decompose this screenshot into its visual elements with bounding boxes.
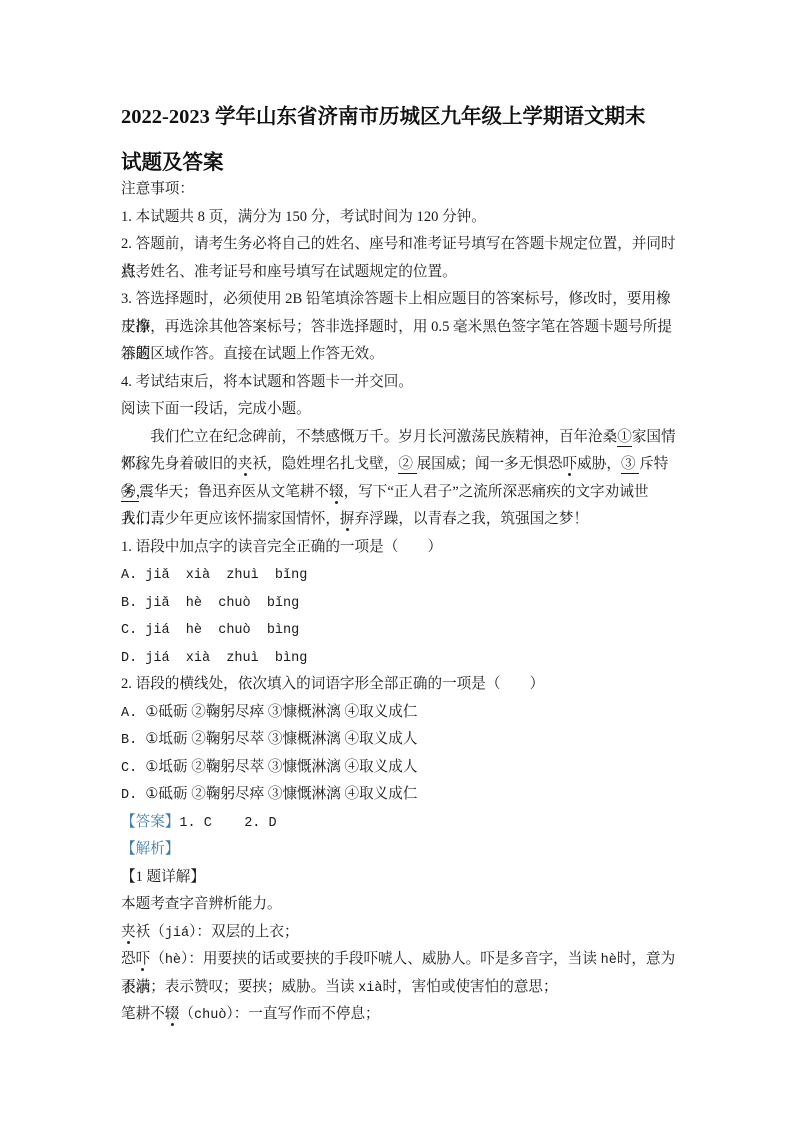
text-run: 威胁， — [577, 456, 621, 472]
question-1-option-b: B. jiǎ hè chuò bǐng — [121, 589, 681, 617]
latin-text: jiá — [165, 926, 189, 941]
text-run: 本题考查字音辨析能力。 — [121, 896, 282, 912]
text-run: 阅读下面一段话，完成小题。 — [121, 401, 311, 417]
latin-text: D. jiá xià zhuì bìng — [121, 651, 307, 666]
latin-text: A. jiǎ xià zhuì bǐng — [121, 568, 307, 583]
answer-line: 【答案】1. C 2. D — [121, 809, 681, 837]
text-run: 震华天；鲁迅弃医从文笔耕不 — [139, 484, 329, 500]
text-run: ①坻砺 ②鞠躬尽萃 ③慷概淋漓 ④取义成人 — [145, 731, 417, 747]
passage-line-1: 我们伫立在纪念碑前，不禁感慨万千。岁月长河激荡民族精神，百年沧桑①家国情怀。 — [121, 424, 681, 452]
answer-values: 1. C 2. D — [179, 816, 276, 831]
title-line-1: 2022-2023 学年山东省济南市历城区九年级上学期语文期末 — [121, 94, 721, 140]
notice-3-line-1: 3. 答选择题时，必须使用 2B 铅笔填涂答题卡上相应题目的答案标号，修改时，要… — [121, 286, 681, 314]
text-run: 时，害怕或使害怕的意思； — [382, 979, 557, 995]
question-1-option-a: A. jiǎ xià zhuì bǐng — [121, 561, 681, 589]
blank-1: ① — [617, 429, 632, 447]
document-body: 注意事项：1. 本试题共 8 页，满分为 150 分，考试时间为 120 分钟。… — [121, 176, 681, 1029]
notice-4: 4. 考试结束后，将本试题和答题卡一并交回。 — [121, 369, 681, 397]
text-run: 点、姓名、准考证号和座号填写在试题规定的位置。 — [121, 264, 457, 280]
notice-1: 1. 本试题共 8 页，满分为 150 分，考试时间为 120 分钟。 — [121, 204, 681, 232]
notice-2-line-2: 点、姓名、准考证号和座号填写在试题规定的位置。 — [121, 259, 681, 287]
q1-explanation-jia: 夹袄（jiá）：双层的上衣； — [121, 919, 681, 947]
text-run: 袄（ — [136, 924, 165, 940]
notice-heading: 注意事项： — [121, 176, 681, 204]
page-title: 2022-2023 学年山东省济南市历城区九年级上学期语文期末 试题及答案 — [121, 94, 721, 186]
blank-2: ② — [398, 456, 416, 474]
text-run: 笔耕不 — [121, 1006, 165, 1022]
question-1: 1. 语段中加点字的读音完全正确的一项是（ ） — [121, 534, 681, 562]
analysis-line: 【解析】 — [121, 836, 681, 864]
latin-text: B. — [121, 733, 145, 748]
q1-explanation-intro: 本题考查字音辨析能力。 — [121, 891, 681, 919]
notice-3-line-3: 答题区域作答。直接在试题上作答无效。 — [121, 341, 681, 369]
text-run: ①坻砺 ②鞠躬尽萃 ③慷慨淋漓 ④取义成人 — [145, 759, 417, 775]
text-run: 4. 考试结束后，将本试题和答题卡一并交回。 — [121, 374, 413, 390]
exam-document-page: 2022-2023 学年山东省济南市历城区九年级上学期语文期末 试题及答案 注意… — [0, 0, 793, 1122]
passage-line-4: 我们青少年更应该怀揣家国情怀，摒弃浮躁，以青春之我，筑强国之梦！ — [121, 506, 681, 534]
text-run: 不满；表示赞叹；要挟；威胁。当读 — [121, 979, 358, 995]
notice-3-line-2: 干净，再选涂其他答案标号；答非选择题时，用 0.5 毫米黑色签字笔在答题卡题号所… — [121, 314, 681, 342]
latin-text: xià — [358, 981, 382, 996]
latin-text: hè — [165, 953, 181, 968]
passage-line-2: 邓稼先身着破旧的夹袄，隐姓埋名扎戈壁，② 展国威；闻一多无惧恐吓威胁，③ 斥特务… — [121, 451, 681, 479]
text-run: 弃浮躁，以青春之我，筑强国之梦！ — [355, 511, 589, 527]
text-run: 恐 — [121, 951, 136, 967]
text-run: ）：一直写作而不停息； — [226, 1006, 379, 1022]
passage-line-3: ④ 震华天；鲁迅弃医从文笔耕不辍，写下“正人君子”之流所深恶痛疾的文字劝诫世人…… — [121, 479, 681, 507]
text-run: （ — [150, 951, 165, 967]
analysis-label: 【解析】 — [121, 841, 179, 857]
notice-2-line-1: 2. 答题前，请考生务必将自己的姓名、座号和准考证号填写在答题卡规定位置，并同时… — [121, 231, 681, 259]
text-run: 邓稼先身着破旧的 — [121, 456, 238, 472]
question-2-option-c: C. ①坻砺 ②鞠躬尽萃 ③慷慨淋漓 ④取义成人 — [121, 754, 681, 782]
q1-explanation-heading: 【1 题详解】 — [121, 864, 681, 892]
question-2: 2. 语段的横线处，依次填入的词语字形全部正确的一项是（ ） — [121, 671, 681, 699]
text-run: 答题区域作答。直接在试题上作答无效。 — [121, 346, 384, 362]
emphasis-dot-char: 辍 — [165, 1006, 180, 1022]
text-run: 袄，隐姓埋名扎戈壁， — [252, 456, 398, 472]
text-run: 注意事项： — [121, 181, 194, 197]
text-run: ）：用要挟的话或要挟的手段吓唬人、威胁人。吓是多音字，当读 — [181, 951, 601, 967]
text-run: 展国威；闻一多无惧恐 — [417, 456, 563, 472]
text-run: 2. 语段的横线处，依次填入的词语字形全部正确的一项是（ ） — [121, 676, 544, 692]
emphasis-dot-char: 吓 — [136, 951, 151, 967]
latin-text: D. — [121, 788, 145, 803]
question-1-option-d: D. jiá xià zhuì bìng — [121, 644, 681, 672]
latin-text: C. jiá hè chuò bìng — [121, 623, 299, 638]
q1-explanation-chuo: 笔耕不辍（chuò）：一直写作而不停息； — [121, 1001, 681, 1029]
text-run: ①砥砺 ②鞠躬尽瘁 ③慷慨淋漓 ④取义成仁 — [145, 786, 417, 802]
answer-label: 【答案】 — [121, 814, 179, 830]
emphasis-dot-char: 吓 — [563, 456, 578, 472]
question-1-option-c: C. jiá hè chuò bìng — [121, 616, 681, 644]
emphasis-dot-char: 夹 — [121, 924, 136, 940]
emphasis-dot-char: 夹 — [238, 456, 253, 472]
reading-instruction: 阅读下面一段话，完成小题。 — [121, 396, 681, 424]
latin-text: chuò — [194, 1008, 226, 1023]
text-run: 我们伫立在纪念碑前，不禁感慨万千。岁月长河激荡民族精神，百年沧桑 — [121, 429, 617, 445]
text-run: 我们青少年更应该怀揣家国情怀， — [121, 511, 340, 527]
emphasis-dot-char: 摒 — [340, 511, 355, 527]
text-run: ①砥砺 ②鞠躬尽瘁 ③慷概淋漓 ④取义成仁 — [145, 704, 417, 720]
question-2-option-b: B. ①坻砺 ②鞠躬尽萃 ③慷概淋漓 ④取义成人 — [121, 726, 681, 754]
latin-text: hè — [601, 953, 617, 968]
blank-3: ③ — [621, 456, 639, 474]
text-run: 【1 题详解】 — [121, 869, 205, 885]
latin-text: A. — [121, 706, 145, 721]
q1-explanation-he-line-1: 恐吓（hè）：用要挟的话或要挟的手段吓唬人、威胁人。吓是多音字，当读 hè时，意… — [121, 946, 681, 974]
text-run: 1. 语段中加点字的读音完全正确的一项是（ ） — [121, 539, 442, 555]
q1-explanation-he-line-2: 不满；表示赞叹；要挟；威胁。当读 xià时，害怕或使害怕的意思； — [121, 974, 681, 1002]
latin-text: C. — [121, 761, 145, 776]
question-2-option-d: D. ①砥砺 ②鞠躬尽瘁 ③慷慨淋漓 ④取义成仁 — [121, 781, 681, 809]
text-run: ）：双层的上衣； — [189, 924, 298, 940]
text-run: 1. 本试题共 8 页，满分为 150 分，考试时间为 120 分钟。 — [121, 209, 486, 225]
text-run: （ — [179, 1006, 194, 1022]
emphasis-dot-char: 辍 — [329, 484, 344, 500]
blank-4: ④ — [121, 484, 139, 502]
question-2-option-a: A. ①砥砺 ②鞠躬尽瘁 ③慷概淋漓 ④取义成仁 — [121, 699, 681, 727]
latin-text: B. jiǎ hè chuò bǐng — [121, 596, 299, 611]
